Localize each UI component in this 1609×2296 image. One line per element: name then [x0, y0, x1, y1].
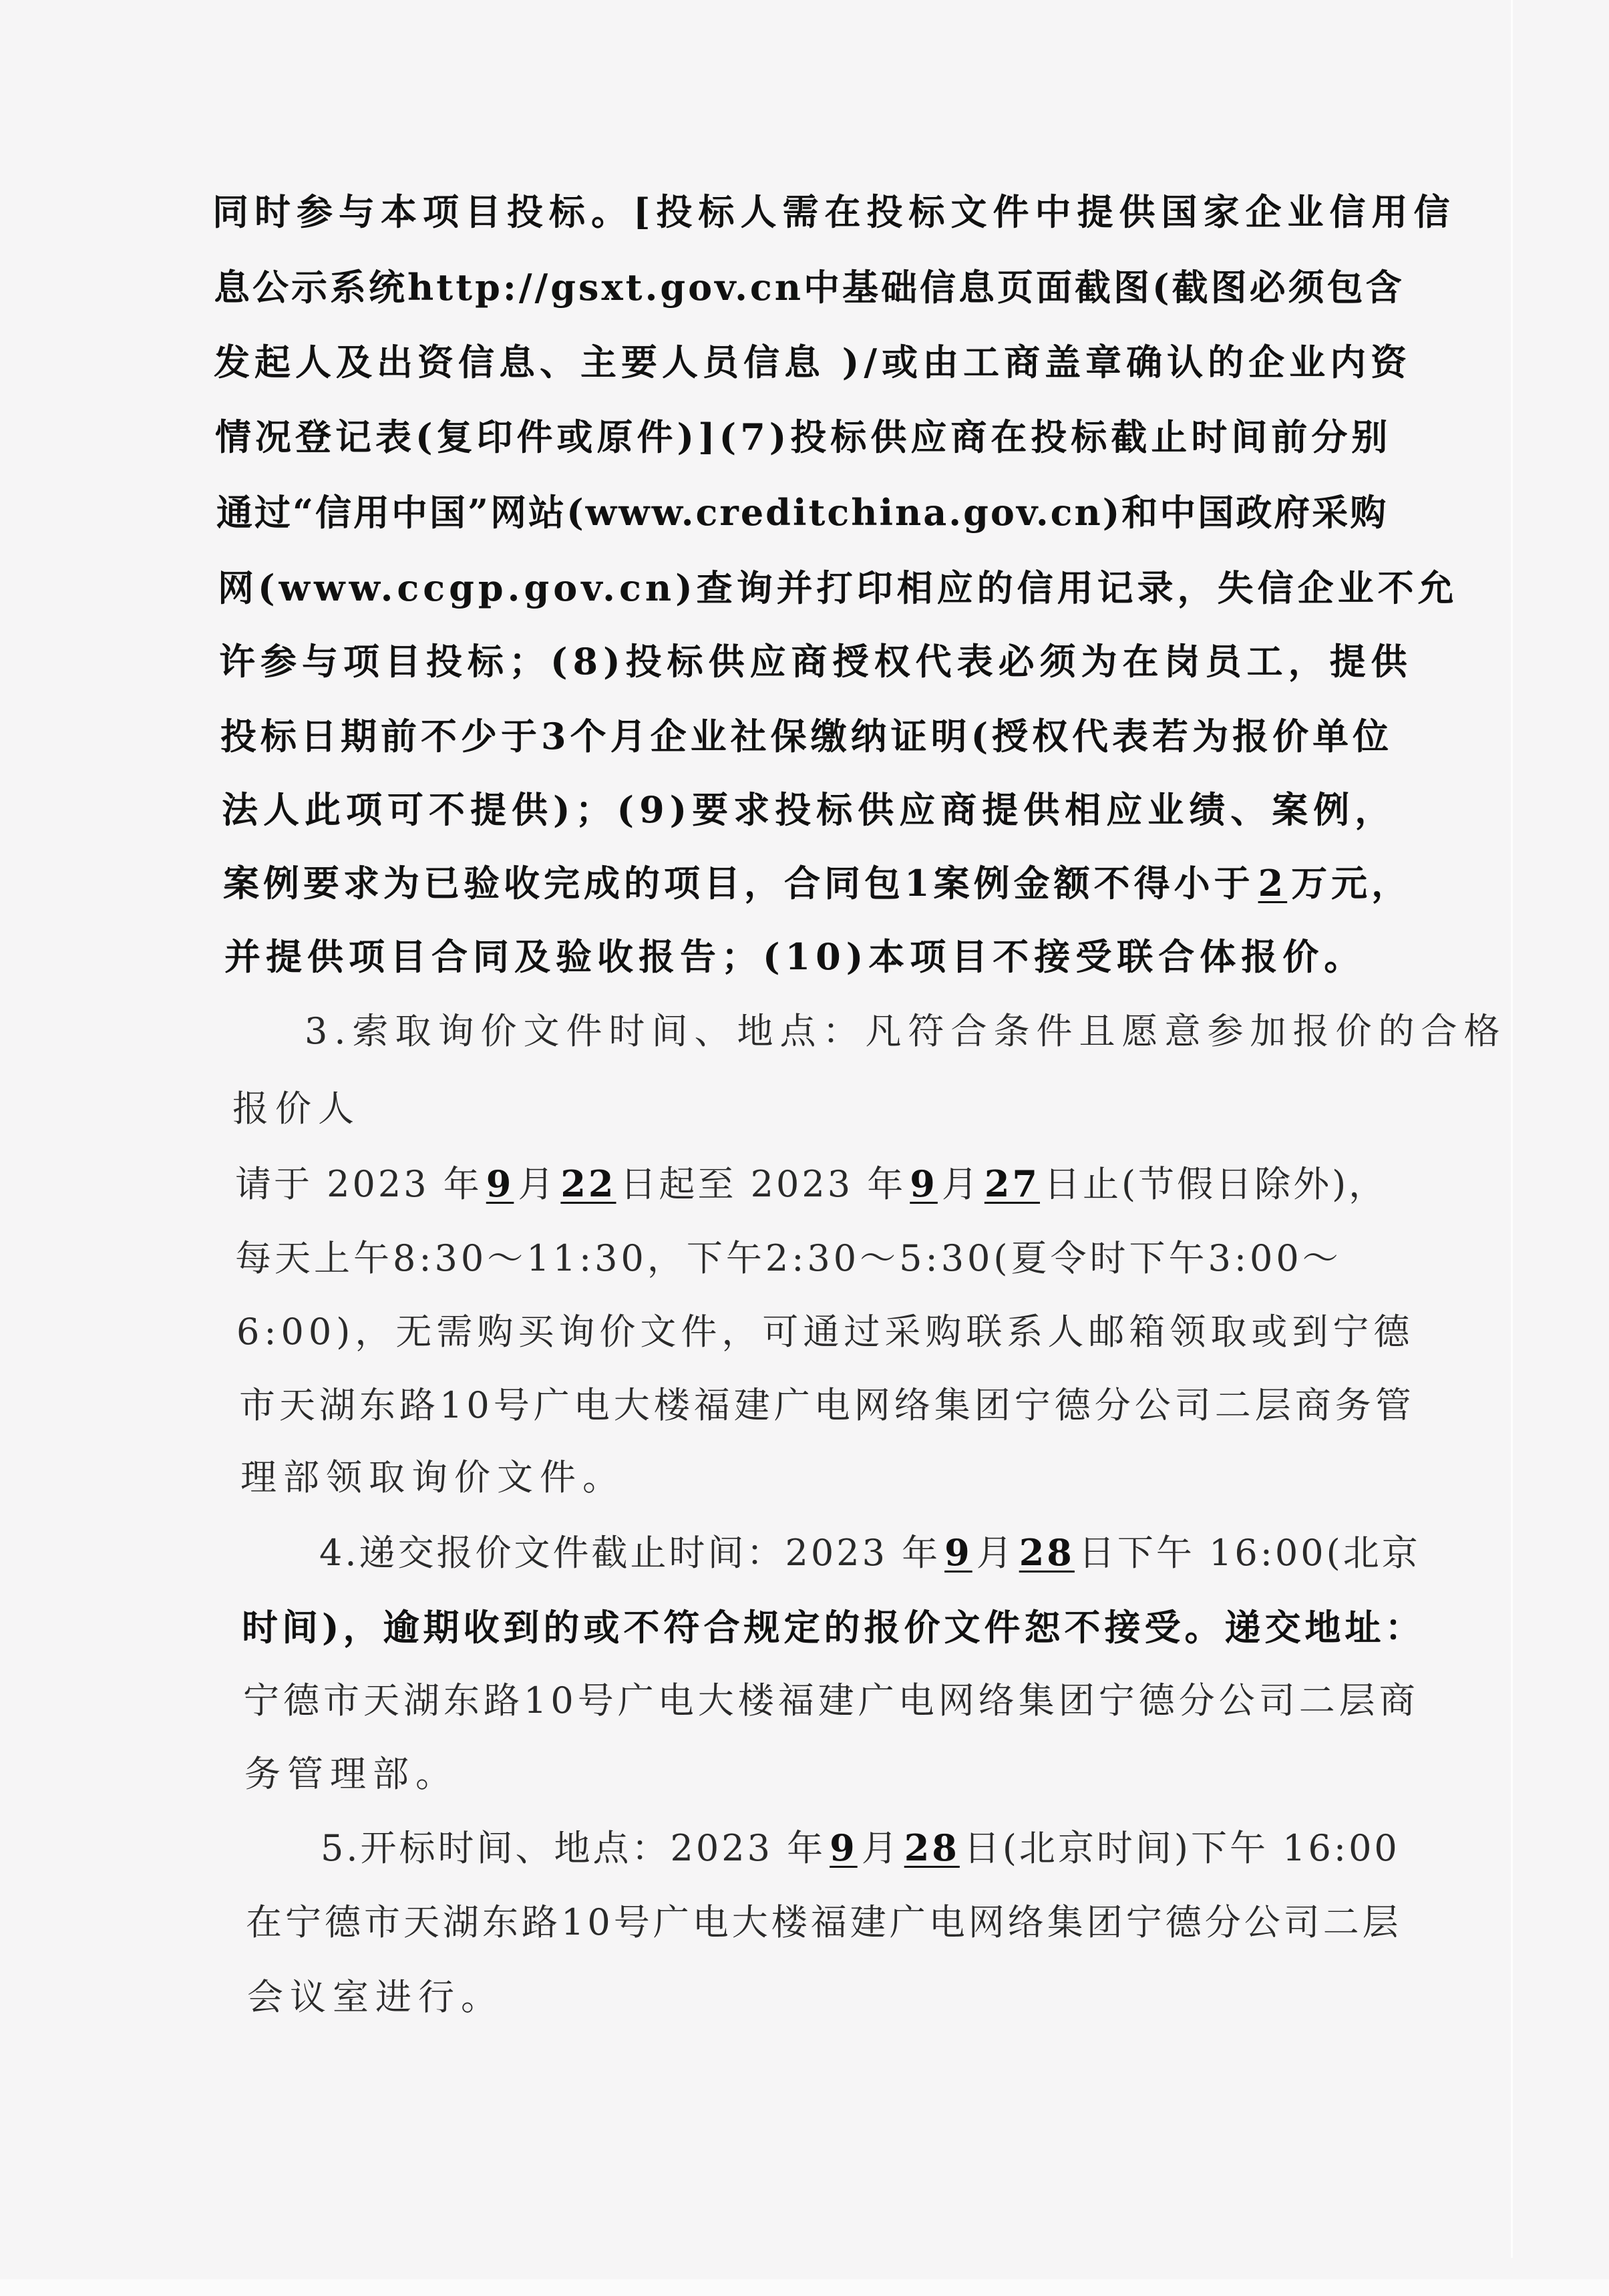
text-line: 并提供项目合同及验收报告；(10)本项目不接受联合体报价。: [224, 935, 1365, 978]
text-line: 息公示系统http://gsxt.gov.cn中基础信息页面截图(截图必须包含: [214, 266, 1405, 309]
start-month-value: 9: [482, 1162, 518, 1205]
start-day-value: 22: [556, 1162, 620, 1205]
opening-day-value: 28: [900, 1826, 964, 1869]
text-line-date-range: 请于 2023 年9月22日起至 2023 年9月27日止(节假日除外)，: [235, 1162, 1387, 1206]
opening-month-value: 9: [826, 1826, 862, 1869]
case-amount-value: 2: [1254, 862, 1292, 905]
text-segment: 5.开标时间、地点：2023 年: [321, 1827, 826, 1869]
text-line: 务管理部。: [244, 1753, 458, 1796]
text-segment: 月: [518, 1163, 556, 1205]
text-line: 会议室进行。: [247, 1976, 504, 2019]
text-segment: 月: [942, 1163, 980, 1205]
text-segment: 4.递交报价文件截止时间：2023 年: [319, 1532, 940, 1574]
text-segment: 月: [862, 1827, 900, 1869]
text-segment: 日(北京时间)下午 16:00: [964, 1827, 1400, 1869]
deadline-month-value: 9: [940, 1531, 976, 1574]
text-line: 通过“信用中国”网站(www.creditchina.gov.cn)和中国政府采…: [216, 491, 1388, 534]
text-line: 许参与项目投标；(8)投标供应商授权代表必须为在岗员工，提供: [219, 640, 1413, 683]
scan-bottom-strip: [0, 2279, 1609, 2296]
deadline-day-value: 28: [1015, 1531, 1079, 1574]
scan-paper-edge: [1511, 0, 1513, 2258]
text-line: 每天上午8:30～11:30，下午2:30～5:30(夏令时下午3:00～: [235, 1237, 1342, 1280]
text-segment: 案例要求为已验收完成的项目，合同包1案例金额不得小于: [223, 862, 1254, 905]
section-heading-3: 3.索取询价文件时间、地点：凡符合条件且愿意参加报价的合格: [305, 1010, 1507, 1053]
text-line: 法人此项可不提供)；(9)要求投标供应商提供相应业绩、案例，: [222, 788, 1396, 831]
section-heading-4: 4.递交报价文件截止时间：2023 年9月28日下午 16:00(北京: [319, 1531, 1421, 1575]
end-month-value: 9: [906, 1162, 942, 1205]
text-line: 理部领取询价文件。: [240, 1456, 625, 1499]
text-line-case-amount: 案例要求为已验收完成的项目，合同包1案例金额不得小于2万元，: [223, 862, 1411, 905]
text-line: 6:00)，无需购买询价文件，可通过采购联系人邮箱领取或到宁德: [236, 1311, 1414, 1353]
text-segment: 万元，: [1291, 862, 1411, 905]
text-line: 在宁德市天湖东路10号广电大楼福建广电网络集团宁德分公司二层: [246, 1901, 1402, 1944]
text-segment: 日止(节假日除外)，: [1044, 1163, 1387, 1205]
section-heading-5: 5.开标时间、地点：2023 年9月28日(北京时间)下午 16:00: [321, 1826, 1400, 1870]
text-line: 市天湖东路10号广电大楼福建广电网络集团宁德分公司二层商务管: [239, 1384, 1415, 1427]
text-line: 宁德市天湖东路10号广电大楼福建广电网络集团宁德分公司二层商: [243, 1679, 1419, 1722]
text-segment: 月: [976, 1532, 1015, 1574]
text-segment: 日起至 2023 年: [620, 1163, 906, 1205]
text-line: 时间)，逾期收到的或不符合规定的报价文件恕不接受。递交地址：: [242, 1606, 1425, 1649]
text-segment: 请于 2023 年: [235, 1163, 482, 1205]
text-line: 发起人及出资信息、主要人员信息 )/或由工商盖章确认的企业内资: [214, 341, 1411, 383]
text-line: 情况登记表(复印件或原件)](7)投标供应商在投标截止时间前分别: [215, 416, 1391, 458]
text-line: 网(www.ccgp.gov.cn)查询并打印相应的信用记录，失信企业不允: [218, 566, 1458, 609]
end-day-value: 27: [980, 1162, 1044, 1205]
text-segment: 日下午 16:00(北京: [1079, 1532, 1421, 1574]
text-line: 报价人: [232, 1088, 361, 1130]
text-line: 投标日期前不少于3个月企业社保缴纳证明(授权代表若为报价单位: [220, 715, 1393, 758]
text-line: 同时参与本项目投标。[投标人需在投标文件中提供国家企业信用信: [212, 190, 1456, 233]
